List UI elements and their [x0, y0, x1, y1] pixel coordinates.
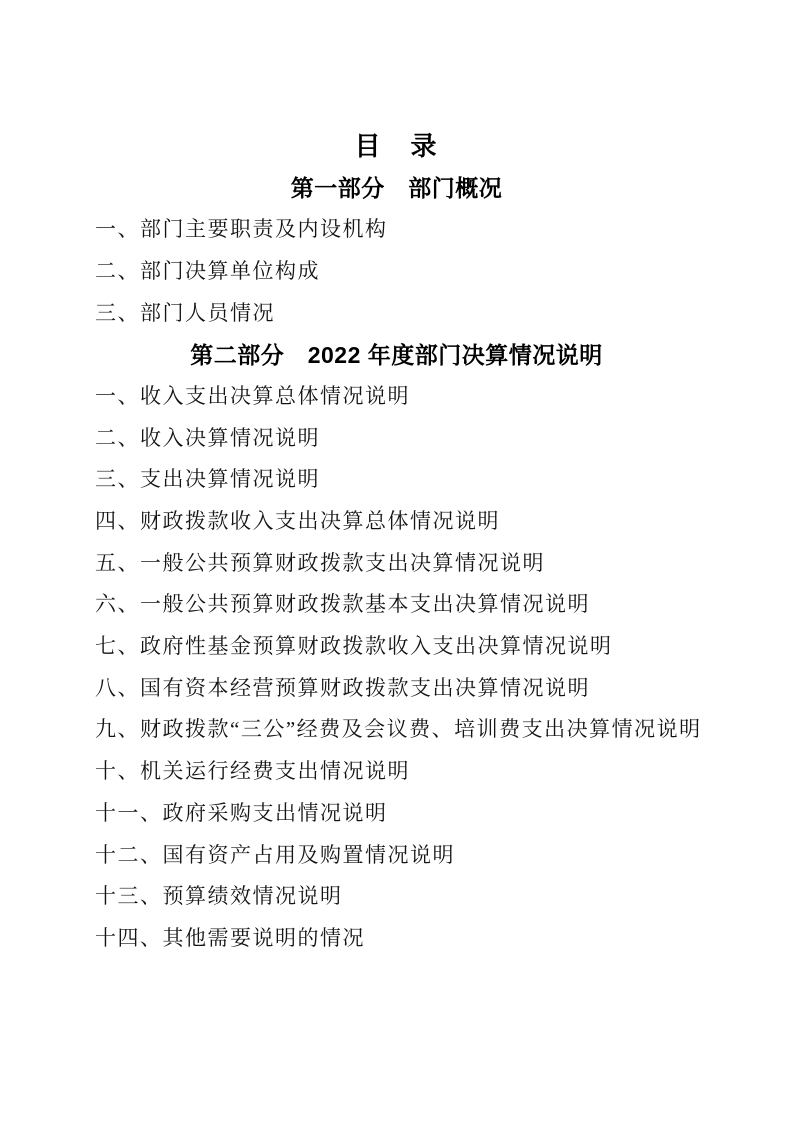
section-2-heading: 第二部分 2022 年度部门决算情况说明 [95, 332, 698, 374]
toc-entry-2-6: 六、一般公共预算财政拨款基本支出决算情况说明 [95, 583, 698, 625]
section-1-heading: 第一部分 部门概况 [95, 166, 698, 208]
toc-entry-2-5: 五、一般公共预算财政拨款支出决算情况说明 [95, 541, 698, 583]
page-title: 目 录 [95, 124, 698, 166]
document-page: 目 录 第一部分 部门概况 一、部门主要职责及内设机构 二、部门决算单位构成 三… [0, 0, 793, 1122]
toc-entry-2-2: 二、收入决算情况说明 [95, 416, 698, 458]
toc-entry-2-14: 十四、其他需要说明的情况 [95, 916, 698, 958]
toc-entry-2-1: 一、收入支出决算总体情况说明 [95, 374, 698, 416]
toc-entry-2-11: 十一、政府采购支出情况说明 [95, 791, 698, 833]
toc-entry-1-2: 二、部门决算单位构成 [95, 249, 698, 291]
toc-entry-2-4: 四、财政拨款收入支出决算总体情况说明 [95, 499, 698, 541]
toc-entry-1-3: 三、部门人员情况 [95, 291, 698, 333]
toc-entry-1-1: 一、部门主要职责及内设机构 [95, 207, 698, 249]
toc-entry-2-10: 十、机关运行经费支出情况说明 [95, 749, 698, 791]
toc-entry-2-3: 三、支出决算情况说明 [95, 458, 698, 500]
toc-entry-2-12: 十二、国有资产占用及购置情况说明 [95, 833, 698, 875]
toc-entry-2-8: 八、国有资本经营预算财政拨款支出决算情况说明 [95, 666, 698, 708]
toc-entry-2-7: 七、政府性基金预算财政拨款收入支出决算情况说明 [95, 624, 698, 666]
toc-entry-2-13: 十三、预算绩效情况说明 [95, 874, 698, 916]
toc-entry-2-9: 九、财政拨款“三公”经费及会议费、培训费支出决算情况说明 [95, 708, 698, 750]
